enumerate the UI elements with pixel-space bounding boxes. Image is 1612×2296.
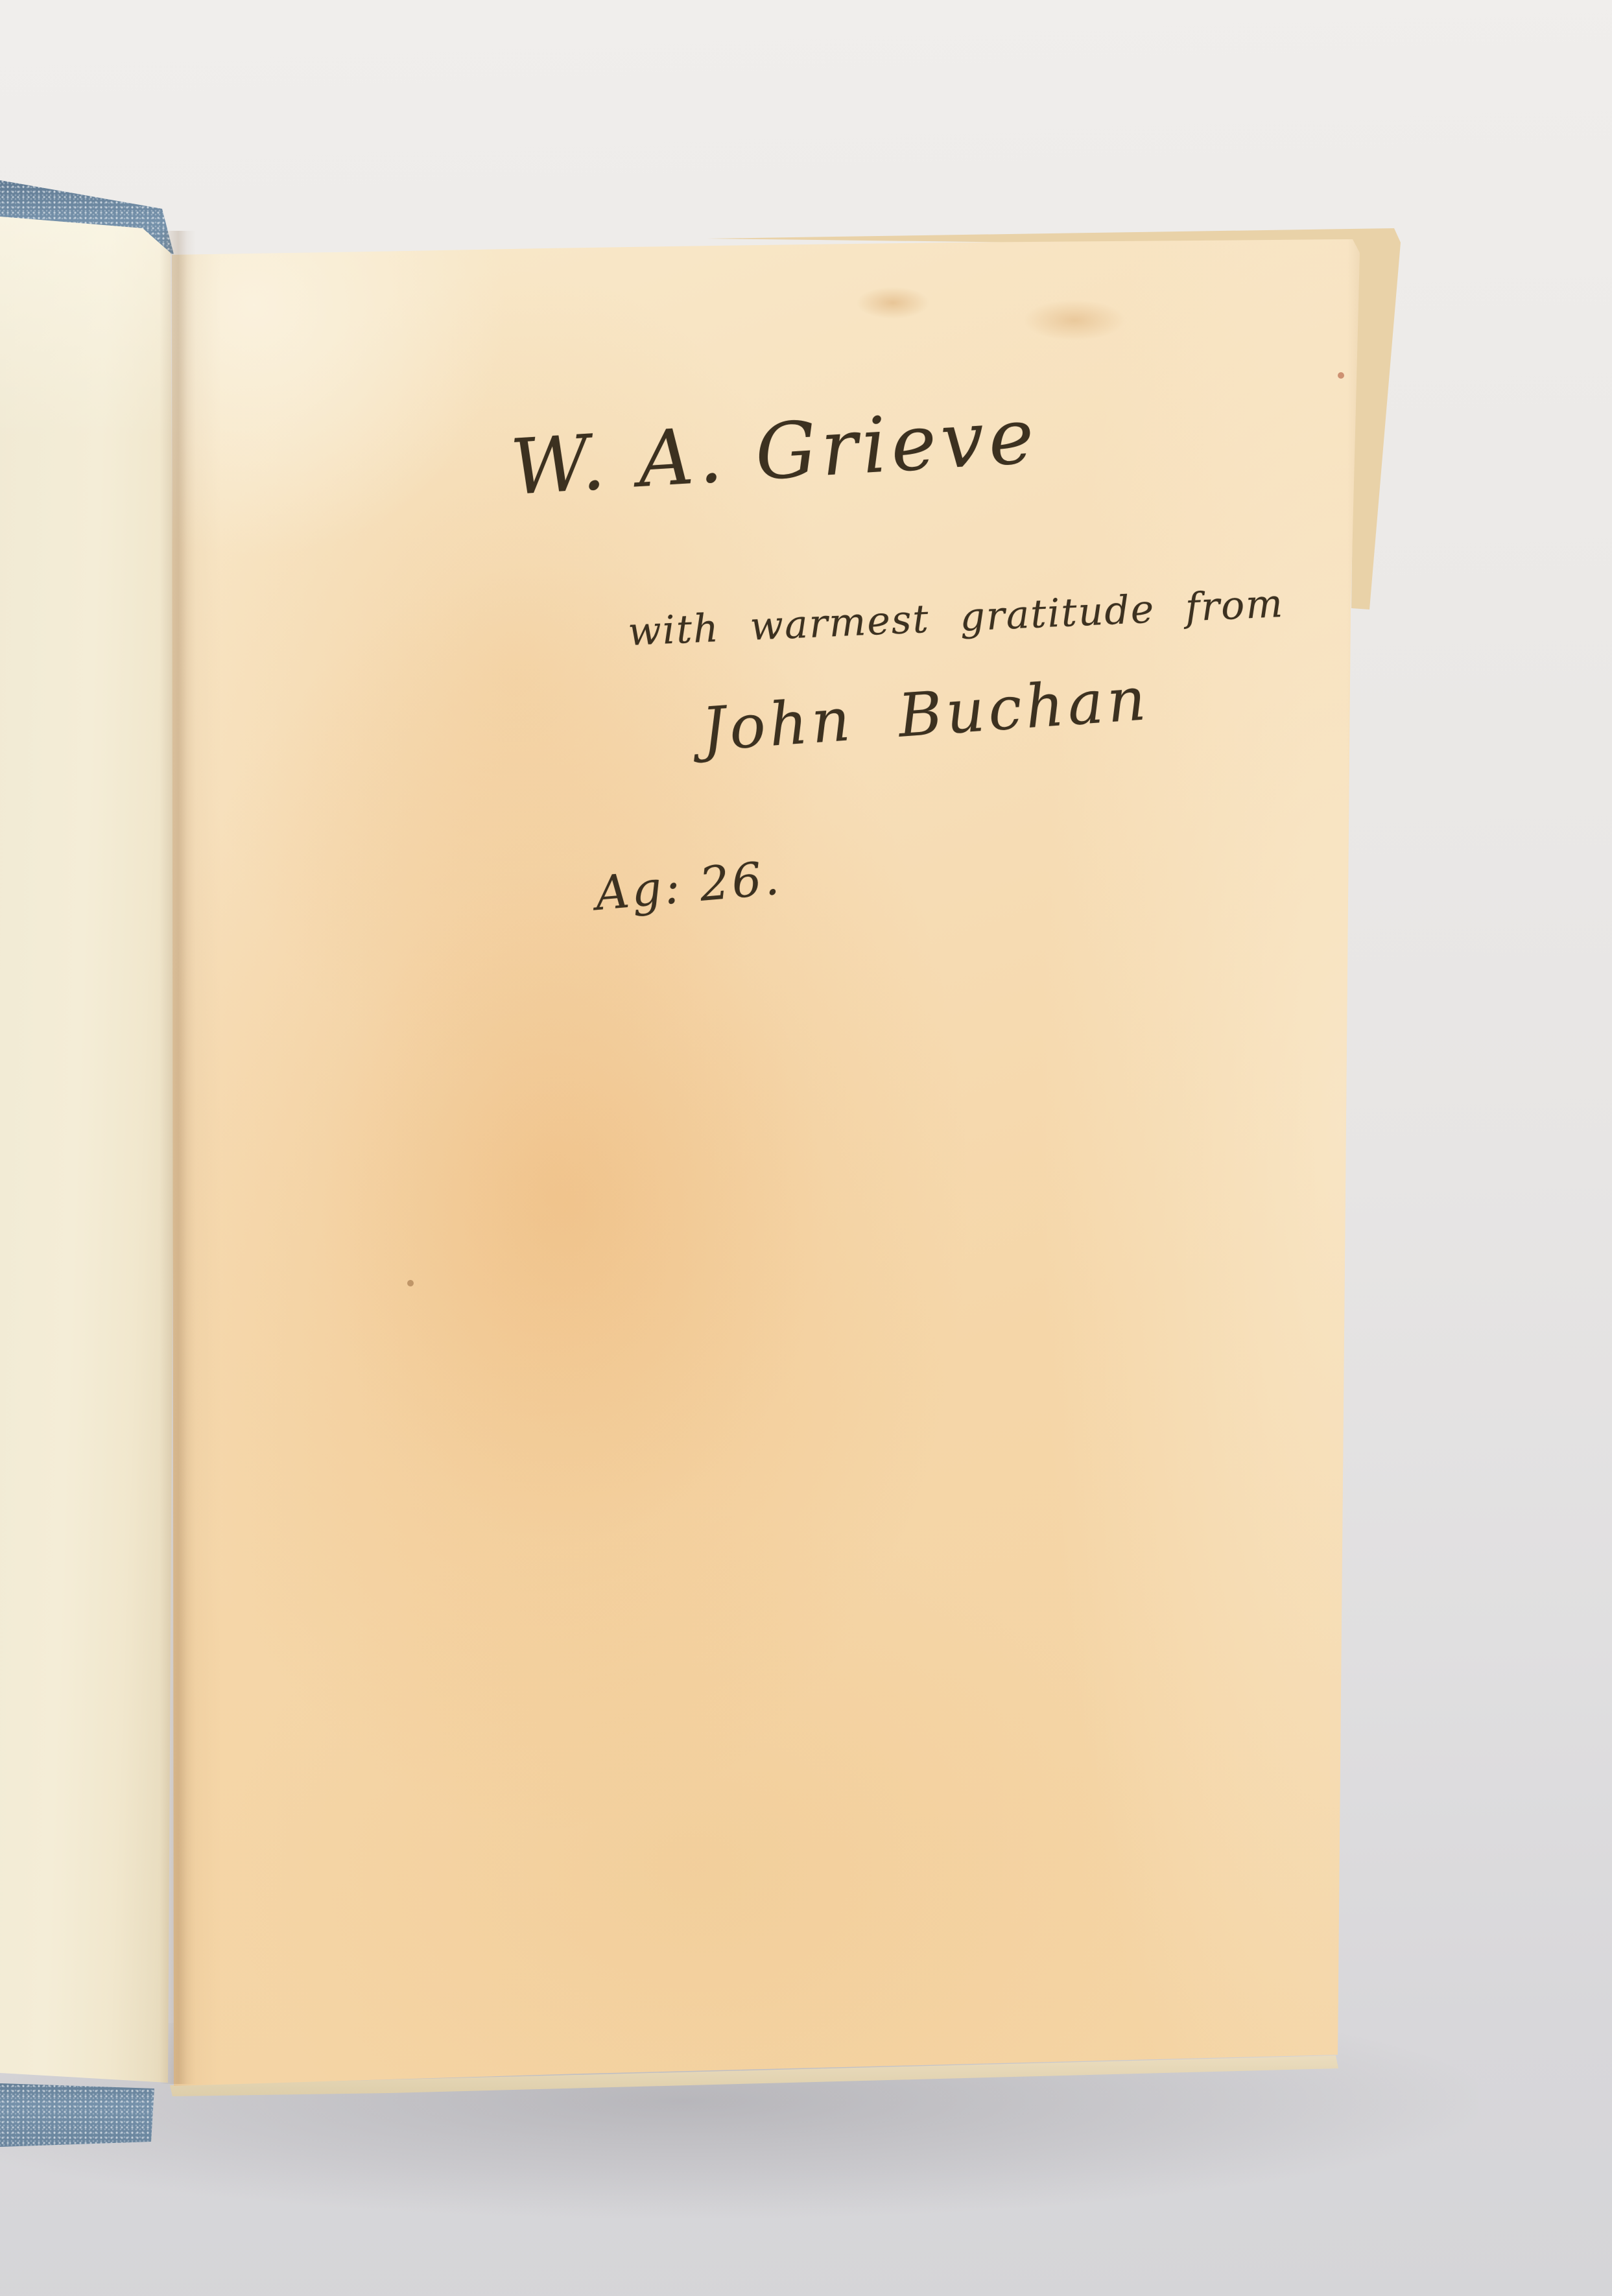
foxing-stain	[254, 782, 890, 1625]
paper-speck	[407, 1280, 414, 1286]
inscribed-endpaper: W. A. Grieve with warmest gratitude from…	[170, 231, 1364, 2089]
book-gutter-shadow	[160, 231, 196, 2084]
foxing-stain	[844, 281, 942, 324]
inscription-recipient-name: W. A. Grieve	[508, 391, 1041, 512]
blue-cloth-spine-bottom-edge	[0, 2078, 159, 2151]
left-endpaper	[0, 214, 176, 2088]
inscription-dedication-text: with warmest gratitude from	[627, 581, 1285, 655]
foxing-stain	[1006, 293, 1143, 348]
book-photograph: W. A. Grieve with warmest gratitude from…	[0, 0, 1612, 2296]
inscription-author-signature: John Buchan	[700, 664, 1152, 764]
paper-speck	[1338, 372, 1344, 379]
